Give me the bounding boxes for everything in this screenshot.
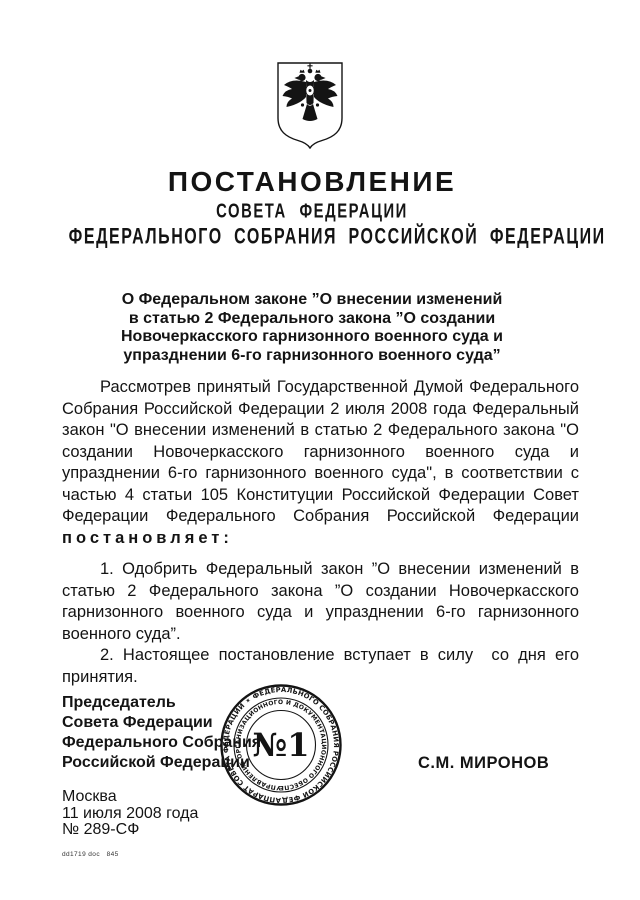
issuer-line-2: ФЕДЕРАЛЬНОГО СОБРАНИЯ РОССИЙСКОЙ ФЕДЕРАЦ…: [69, 224, 556, 250]
issuer-line-1: СОВЕТА ФЕДЕРАЦИИ: [69, 200, 556, 224]
place-date-block: Москва 11 июля 2008 года № 289-СФ: [62, 789, 198, 839]
stamp-number: №1: [252, 726, 309, 764]
subject-line: упразднении 6-го гарнизонного военного с…: [0, 347, 624, 366]
document-type-title: ПОСТАНОВЛЕНИЕ: [0, 166, 624, 198]
signatory-name: С.М. МИРОНОВ: [418, 754, 549, 773]
city: Москва: [62, 789, 198, 806]
registration-stamp: АППАРАТ СОВЕТА ФЕДЕРАЦИИ ✶ ФЕДЕРАЛЬНОГО …: [218, 682, 344, 808]
subject-line: О Федеральном законе ”О внесении изменен…: [0, 291, 624, 310]
registration-number: № 289-СФ: [62, 822, 198, 839]
date: 11 июля 2008 года: [62, 806, 198, 823]
russian-coat-of-arms-icon: [276, 61, 344, 149]
subject-line: Новочеркасского гарнизонного военного су…: [0, 328, 624, 347]
subject-line: в статью 2 Федерального закона ”О создан…: [0, 310, 624, 329]
resolves-keyword: постановляет:: [62, 529, 233, 547]
subject-heading: О Федеральном законе ”О внесении изменен…: [0, 291, 624, 365]
preamble-text: Рассмотрев принятый Государственной Думо…: [62, 378, 579, 525]
resolution-body: Рассмотрев принятый Государственной Думо…: [62, 377, 579, 688]
resolution-point-1: 1. Одобрить Федеральный закон ”О внесени…: [62, 559, 579, 645]
preamble-paragraph: Рассмотрев принятый Государственной Думо…: [62, 377, 579, 549]
file-footnote: dd1719 doc 845: [62, 851, 119, 858]
document-page: ПОСТАНОВЛЕНИЕ СОВЕТА ФЕДЕРАЦИИ ФЕДЕРАЛЬН…: [0, 0, 640, 900]
